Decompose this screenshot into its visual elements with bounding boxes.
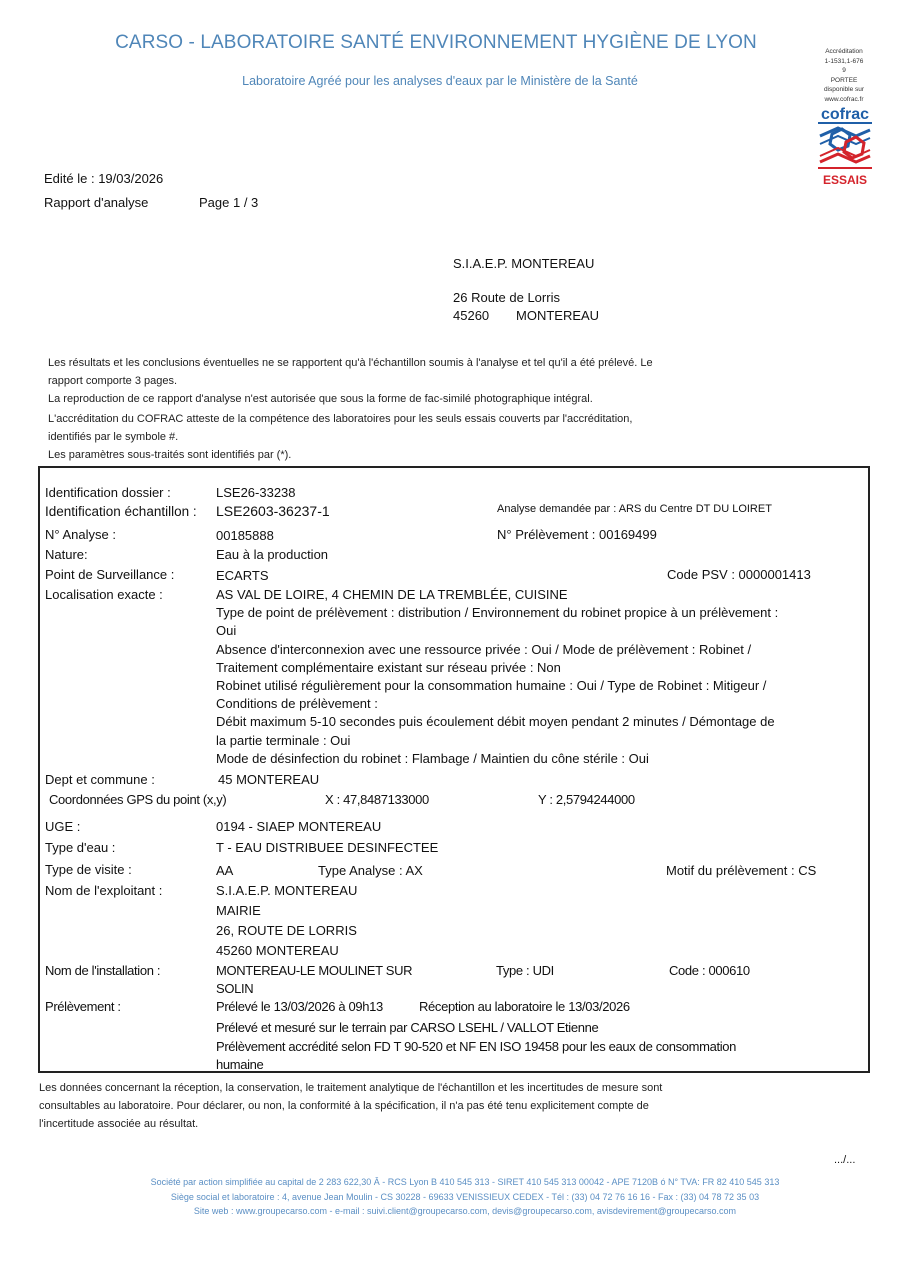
installation-line: MONTEREAU-LE MOULINET SUR (216, 963, 412, 978)
prelevement-label: Prélèvement : (45, 999, 121, 1014)
legal-notes: Les résultats et les conclusions éventue… (48, 354, 653, 464)
recipient-postcode: 45260 (453, 308, 489, 323)
motif-prelevement: Motif du prélèvement : CS (666, 863, 816, 878)
footer-company: Société par action simplifiée au capital… (0, 1175, 900, 1190)
uncertainty-note: Les données concernant la réception, la … (39, 1079, 662, 1133)
preleve-le: Prélevé le 13/03/2026 à 09h13 (216, 999, 383, 1014)
exploitant-label: Nom de l'exploitant : (45, 883, 162, 898)
note-line: consultables au laboratoire. Pour déclar… (39, 1097, 662, 1115)
localisation-line: Absence d'interconnexion avec une ressou… (216, 641, 778, 659)
dossier-label: Identification dossier : (45, 485, 171, 500)
type-visite-label: Type de visite : (45, 862, 132, 877)
localisation-details: AS VAL DE LOIRE, 4 CHEMIN DE LA TREMBLÉE… (216, 586, 778, 768)
note-line: L'accréditation du COFRAC atteste de la … (48, 410, 653, 428)
accreditation-note: Accréditation 1-1531,1-676 9 PORTEE disp… (812, 47, 876, 104)
uge-value: 0194 - SIAEP MONTEREAU (216, 819, 381, 834)
type-visite-value: AA (216, 863, 233, 878)
note-line: Les paramètres sous-traités sont identif… (48, 446, 653, 464)
echantillon-label: Identification échantillon : (45, 504, 197, 519)
localisation-line: la partie terminale : Oui (216, 732, 778, 750)
recipient-street: 26 Route de Lorris (453, 290, 560, 305)
type-eau-label: Type d'eau : (45, 840, 115, 855)
type-analyse: Type Analyse : AX (318, 863, 423, 878)
accreditation-line: 1-1531,1-676 (812, 57, 876, 67)
localisation-label: Localisation exacte : (45, 587, 163, 602)
note-line: rapport comporte 3 pages. (48, 372, 653, 390)
note-line: identifiés par le symbole #. (48, 428, 653, 446)
exploitant-line: S.I.A.E.P. MONTEREAU (216, 883, 357, 898)
point-value: ECARTS (216, 568, 269, 583)
nature-label: Nature: (45, 547, 88, 562)
exploitant-line: MAIRIE (216, 903, 261, 918)
page-number: Page 1 / 3 (199, 195, 258, 210)
note-line: l'incertitude associée au résultat. (39, 1115, 662, 1133)
localisation-line: Oui (216, 622, 778, 640)
accreditation-line: disponible sur (812, 85, 876, 95)
installation-code: Code : 000610 (669, 963, 750, 978)
prelevement-number: N° Prélèvement : 00169499 (497, 527, 657, 542)
analyse-value: 00185888 (216, 528, 274, 543)
note-line: La reproduction de ce rapport d'analyse … (48, 390, 653, 408)
reception-date: Réception au laboratoire le 13/03/2026 (419, 999, 630, 1014)
cofrac-logo-icon: cofrac ESSAIS (818, 104, 872, 186)
accreditation-line: humaine (216, 1057, 263, 1072)
dept-value: 45 MONTEREAU (218, 772, 319, 787)
footer-contact: Site web : www.groupecarso.com - e-mail … (0, 1204, 900, 1219)
localisation-line: Débit maximum 5-10 secondes puis écoulem… (216, 713, 778, 731)
note-line: Les résultats et les conclusions éventue… (48, 354, 653, 372)
localisation-line: Robinet utilisé régulièrement pour la co… (216, 677, 778, 695)
analyse-label: N° Analyse : (45, 527, 116, 542)
installation-line: SOLIN (216, 981, 253, 996)
point-label: Point de Surveillance : (45, 567, 174, 582)
report-type: Rapport d'analyse (44, 195, 148, 210)
accreditation-line: Accréditation (812, 47, 876, 57)
nature-value: Eau à la production (216, 547, 328, 562)
lab-subtitle: Laboratoire Agréé pour les analyses d'ea… (0, 74, 880, 88)
cofrac-logo-text: cofrac (821, 106, 869, 123)
footer-address: Siège social et laboratoire : 4, avenue … (0, 1190, 900, 1205)
accreditation-line: www.cofrac.fr (812, 95, 876, 105)
code-psv: Code PSV : 0000001413 (667, 567, 811, 582)
edit-date: Edité le : 19/03/2026 (44, 171, 163, 186)
gps-label: Coordonnées GPS du point (x,y) (49, 792, 226, 807)
recipient-city: MONTEREAU (516, 308, 599, 323)
continuation-mark: .../... (834, 1154, 855, 1166)
uge-label: UGE : (45, 819, 80, 834)
gps-y: Y : 2,5794244000 (538, 792, 635, 807)
echantillon-value: LSE2603-36237-1 (216, 503, 330, 519)
accreditation-line: PORTEE (812, 76, 876, 86)
note-line: Les données concernant la réception, la … (39, 1079, 662, 1097)
requested-by: Analyse demandée par : ARS du Centre DT … (497, 503, 772, 515)
exploitant-line: 26, ROUTE DE LORRIS (216, 923, 357, 938)
installation-type: Type : UDI (496, 963, 554, 978)
localisation-line: Conditions de prélèvement : (216, 695, 778, 713)
recipient-name: S.I.A.E.P. MONTEREAU (453, 256, 594, 271)
gps-x: X : 47,8487133000 (325, 792, 429, 807)
type-eau-value: T - EAU DISTRIBUEE DESINFECTEE (216, 840, 438, 855)
sample-info-box (38, 466, 870, 1073)
cofrac-essais-text: ESSAIS (823, 173, 867, 186)
accreditation-line: 9 (812, 66, 876, 76)
dept-label: Dept et commune : (45, 772, 155, 787)
localisation-line: AS VAL DE LOIRE, 4 CHEMIN DE LA TREMBLÉE… (216, 586, 778, 604)
preleve-par: Prélevé et mesuré sur le terrain par CAR… (216, 1020, 598, 1035)
localisation-line: Traitement complémentaire existant sur r… (216, 659, 778, 677)
localisation-line: Type de point de prélèvement : distribut… (216, 604, 778, 622)
localisation-line: Mode de désinfection du robinet : Flamba… (216, 750, 778, 768)
lab-title: CARSO - LABORATOIRE SANTÉ ENVIRONNEMENT … (0, 32, 872, 54)
dossier-value: LSE26-33238 (216, 485, 296, 500)
installation-label: Nom de l'installation : (45, 963, 160, 978)
accreditation-line: Prélèvement accrédité selon FD T 90-520 … (216, 1039, 736, 1054)
exploitant-line: 45260 MONTEREAU (216, 943, 339, 958)
